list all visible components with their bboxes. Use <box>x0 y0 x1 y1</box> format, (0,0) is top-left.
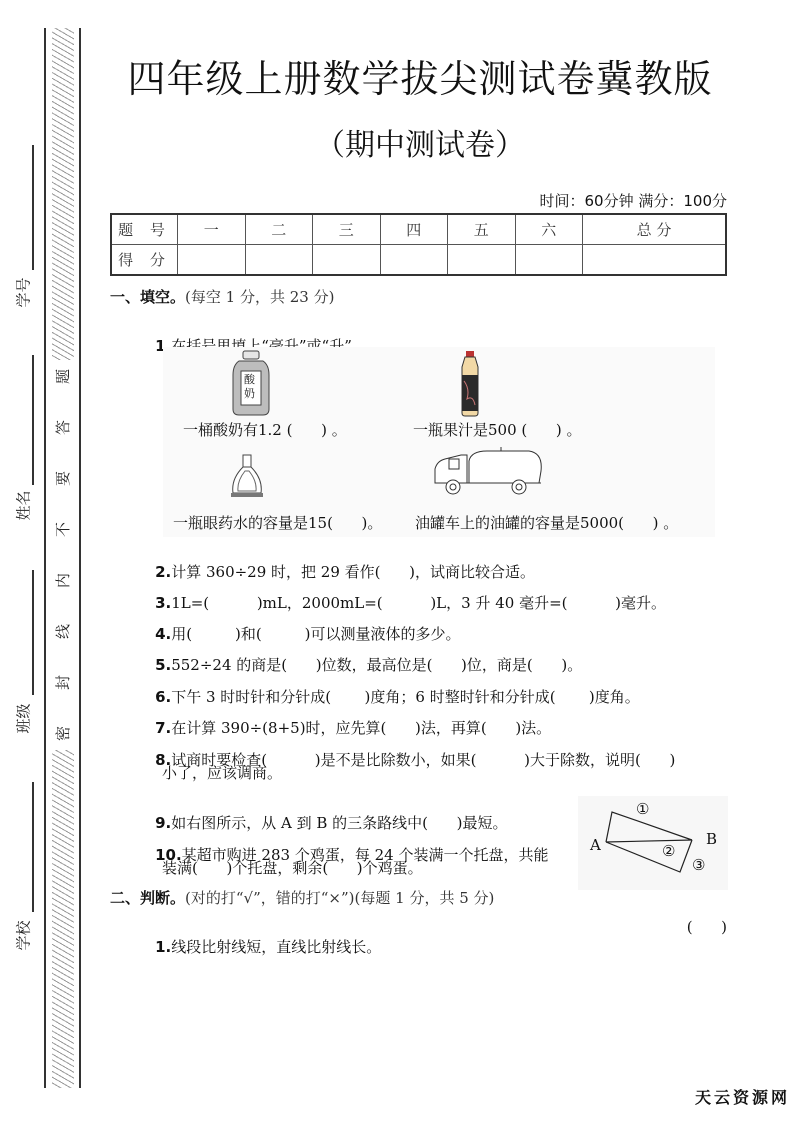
score-cell[interactable] <box>448 245 516 276</box>
caption-eye-drop: 一瓶眼药水的容量是15( )。 <box>173 512 382 533</box>
page-title: 四年级上册数学拔尖测试卷冀教版 <box>100 48 740 103</box>
score-table-score-row: 得 分 <box>111 245 726 276</box>
answer-blank[interactable]: ( ) <box>687 918 727 936</box>
score-cell[interactable] <box>583 245 727 276</box>
score-table-header-row: 题 号 一 二 三 四 五 六 总 分 <box>111 214 726 245</box>
seal-char: 要 <box>52 471 73 486</box>
binding-edge-line <box>44 28 46 1088</box>
school-field[interactable] <box>32 782 34 912</box>
seal-char: 题 <box>52 369 73 384</box>
score-cell[interactable] <box>178 245 246 276</box>
route-3-label: ③ <box>692 856 705 874</box>
section-1-heading: 一、填空。(每空 1 分，共 23 分) <box>110 286 334 307</box>
score-table-header-cell: 二 <box>245 214 313 245</box>
caption-yogurt: 一桶酸奶有1.2 ( ) 。 <box>183 419 347 440</box>
score-cell[interactable] <box>313 245 381 276</box>
binding-edge-line <box>79 28 81 1088</box>
score-table-header-cell: 五 <box>448 214 516 245</box>
seal-char: 密 <box>52 726 73 741</box>
school-label: 学校 <box>13 920 34 950</box>
section-title: 二、判断。 <box>110 889 185 907</box>
student-id-field[interactable] <box>32 145 34 270</box>
question-10-continued: 装满( )个托盘，剩余( )个鸡蛋。 <box>162 857 423 878</box>
score-cell[interactable] <box>245 245 313 276</box>
juice-bottle-icon <box>457 351 483 417</box>
eye-drop-bottle-icon <box>227 453 267 499</box>
name-label: 姓名 <box>13 490 34 520</box>
score-table-header-cell: 一 <box>178 214 246 245</box>
score-cell[interactable] <box>515 245 583 276</box>
route-figure: A B ① ② ③ <box>578 796 728 890</box>
section-2-heading: 二、判断。(对的打“√”，错的打“×”)(每题 1 分，共 5 分) <box>110 887 494 908</box>
route-1-label: ① <box>636 800 649 818</box>
class-label: 班级 <box>13 703 34 733</box>
watermark: 天云资源网 <box>695 1085 790 1108</box>
score-table-header-cell: 总 分 <box>583 214 727 245</box>
section-note: (每空 1 分，共 23 分) <box>185 288 334 306</box>
question-8-continued: 小了，应该调商。 <box>162 762 282 783</box>
question-number: 1. <box>155 938 171 956</box>
yogurt-label: 酸奶 <box>244 373 258 401</box>
seal-char: 线 <box>52 624 73 639</box>
binding-margin: 题 答 要 不 内 线 封 密 学号 姓名 班级 学校 <box>0 0 92 1122</box>
exam-page: 题 答 要 不 内 线 封 密 学号 姓名 班级 学校 四年级上册数学拔尖测试卷… <box>0 0 793 1122</box>
seal-notice: 题 答 要 不 内 线 封 密 <box>50 360 76 750</box>
seal-char: 答 <box>52 420 73 435</box>
name-field[interactable] <box>32 355 34 485</box>
question-1-illustrations: 酸奶 一桶酸奶有1.2 ( ) 。 一瓶果汁是500 ( ) 。 <box>163 347 715 537</box>
score-table-header-cell: 四 <box>380 214 448 245</box>
score-cell[interactable] <box>380 245 448 276</box>
score-table-header-cell: 六 <box>515 214 583 245</box>
oil-tanker-truck-icon <box>431 447 547 497</box>
class-field[interactable] <box>32 570 34 695</box>
route-2-label: ② <box>662 842 675 860</box>
seal-char: 封 <box>52 675 73 690</box>
point-a-label: A <box>590 836 601 854</box>
judgment-question-1: 1.线段比射线短，直线比射线长。 <box>136 918 381 975</box>
caption-tanker: 油罐车上的油罐的容量是5000( ) 。 <box>415 512 678 533</box>
student-id-label: 学号 <box>13 277 34 307</box>
score-table-header-cell: 题 号 <box>111 214 178 245</box>
time-score-info: 时间：60分钟 满分：100分 <box>540 190 728 211</box>
score-table-header-cell: 三 <box>313 214 381 245</box>
seal-char: 内 <box>52 573 73 588</box>
caption-juice: 一瓶果汁是500 ( ) 。 <box>413 419 581 440</box>
score-table: 题 号 一 二 三 四 五 六 总 分 得 分 <box>110 213 727 276</box>
section-note: (对的打“√”，错的打“×”)(每题 1 分，共 5 分) <box>185 889 494 907</box>
point-b-label: B <box>706 830 717 848</box>
seal-char: 不 <box>52 522 73 537</box>
page-subtitle: （期中测试卷） <box>100 120 740 164</box>
section-title: 一、填空。 <box>110 288 185 306</box>
question-text: 线段比射线短，直线比射线长。 <box>171 938 381 956</box>
score-row-label: 得 分 <box>111 245 178 276</box>
